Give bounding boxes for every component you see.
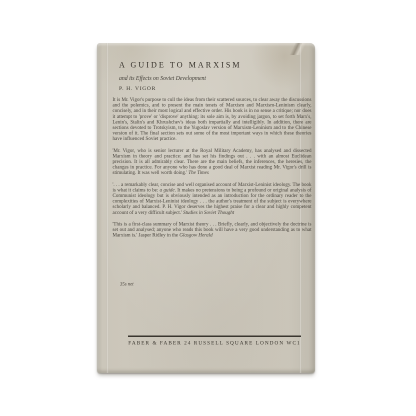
jacket-content: A GUIDE TO MARXISM and its Effects on So… [97, 43, 315, 373]
blurb-text: It is Mr. Vigor's purpose to cull the id… [113, 97, 312, 142]
book-subtitle: and its Effects on Soviet Development [119, 76, 206, 82]
quote-source: Studies in Soviet Thought [183, 210, 234, 216]
blurb-paragraph: It is Mr. Vigor's purpose to cull the id… [113, 97, 312, 142]
publisher-imprint: FABER & FABER 24 RUSSELL SQUARE LONDON W… [128, 336, 301, 347]
publisher-address: FABER & FABER 24 RUSSELL SQUARE LONDON W… [128, 341, 301, 347]
book-author: P. H. VIGOR [119, 86, 156, 92]
quote-text: 'Mr. Vigor, who is senior lecturer at th… [113, 148, 312, 176]
jacket-blurb-block: It is Mr. Vigor's purpose to cull the id… [113, 97, 312, 244]
review-quote-times: 'Mr. Vigor, who is senior lecturer at th… [113, 148, 312, 176]
book-title: A GUIDE TO MARXISM [119, 61, 242, 70]
photo-background: A GUIDE TO MARXISM and its Effects on So… [0, 0, 416, 416]
price: 35s net [120, 282, 134, 287]
quote-source: The Times [188, 170, 208, 176]
review-quote-studies: '. . . a remarkably clear, concise and w… [113, 182, 312, 216]
book-jacket: A GUIDE TO MARXISM and its Effects on So… [97, 43, 315, 373]
review-quote-herald: 'This is a first-class summary of Marxis… [113, 221, 312, 238]
quote-source: Glasgow Herald [179, 233, 212, 239]
